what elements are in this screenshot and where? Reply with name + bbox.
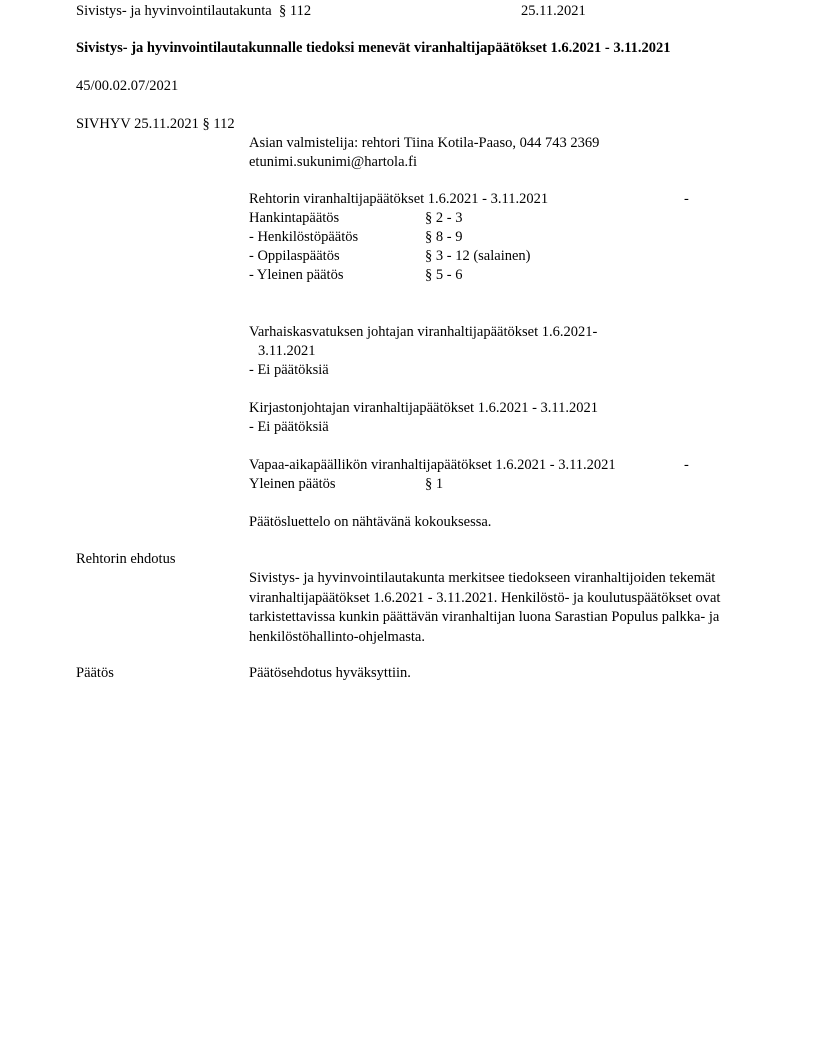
decision-label: - Yleinen päätös xyxy=(249,267,343,283)
decision-row: - Yleinen päätös § 5 - 6 xyxy=(249,266,343,285)
decision-label: - Oppilaspäätös xyxy=(249,248,340,264)
early-education-note: - Ei päätöksiä xyxy=(249,361,329,380)
leisure-heading: Vapaa-aikapäällikön viranhaltijapäätökse… xyxy=(249,456,616,475)
early-education-heading-cont: 3.11.2021 xyxy=(258,342,315,361)
proposal-label: Rehtorin ehdotus xyxy=(76,550,175,569)
decision-row: Yleinen päätös § 1 xyxy=(249,475,336,494)
decision-row: - Oppilaspäätös § 3 - 12 (salainen) xyxy=(249,247,340,266)
preparer-line: Asian valmistelija: rehtori Tiina Kotila… xyxy=(249,134,599,153)
decision-label: Yleinen päätös xyxy=(249,476,336,492)
rector-decisions-heading: Rehtorin viranhaltijapäätökset 1.6.2021 … xyxy=(249,190,548,209)
library-note: - Ei päätöksiä xyxy=(249,418,329,437)
decision-list-note: Päätösluettelo on nähtävänä kokouksessa. xyxy=(249,513,491,532)
leisure-trailing-dash: - xyxy=(684,456,689,475)
decision-value: § 5 - 6 xyxy=(425,266,462,285)
meeting-reference: SIVHYV 25.11.2021 § 112 xyxy=(76,115,235,134)
committee-name: Sivistys- ja hyvinvointilautakunta xyxy=(76,3,272,19)
proposal-text: Sivistys- ja hyvinvointilautakunta merki… xyxy=(249,569,741,647)
record-number: 45/00.02.07/2021 xyxy=(76,77,178,96)
decision-label: Hankintapäätös xyxy=(249,210,339,226)
library-heading: Kirjastonjohtajan viranhaltijapäätökset … xyxy=(249,399,598,418)
header-date: 25.11.2021 xyxy=(521,2,586,21)
rector-trailing-dash: - xyxy=(684,190,689,209)
decision-value: § 1 xyxy=(425,475,443,494)
decision-value: § 8 - 9 xyxy=(425,228,462,247)
decision-label: Päätös xyxy=(76,664,114,683)
section-number: § 112 xyxy=(279,3,311,19)
decision-row: - Henkilöstöpäätös § 8 - 9 xyxy=(249,228,358,247)
decision-value: § 3 - 12 (salainen) xyxy=(425,247,531,266)
decision-row: Hankintapäätös § 2 - 3 xyxy=(249,209,339,228)
early-education-heading: Varhaiskasvatuksen johtajan viranhaltija… xyxy=(249,323,597,342)
document-title: Sivistys- ja hyvinvointilautakunnalle ti… xyxy=(76,39,671,58)
decision-value: § 2 - 3 xyxy=(425,209,462,228)
preparer-email: etunimi.sukunimi@hartola.fi xyxy=(249,153,417,172)
decision-text: Päätösehdotus hyväksyttiin. xyxy=(249,664,411,683)
decision-label: - Henkilöstöpäätös xyxy=(249,229,358,245)
header-committee: Sivistys- ja hyvinvointilautakunta § 112 xyxy=(76,2,311,21)
